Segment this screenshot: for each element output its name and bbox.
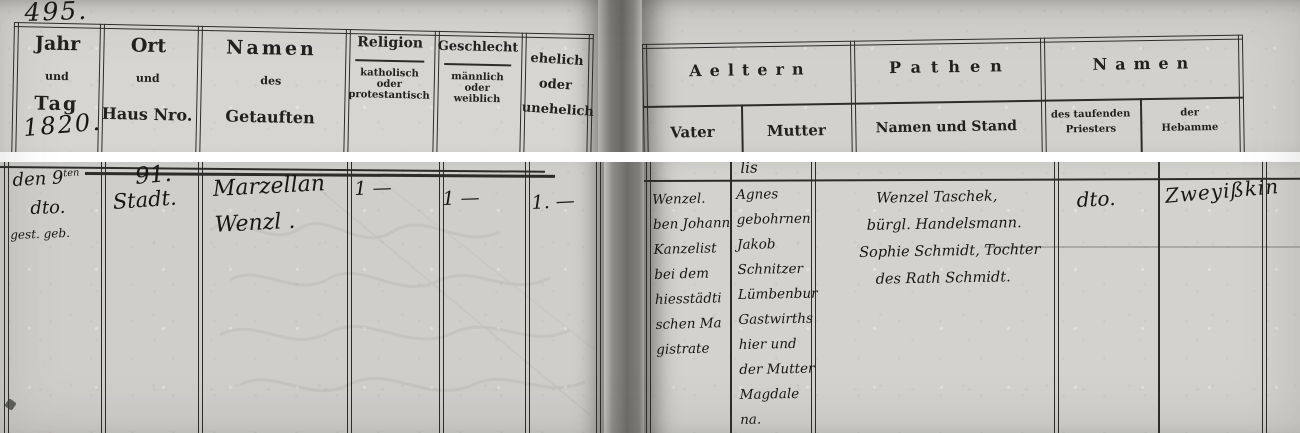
title-lines: des taufendenPriesters: [1041, 106, 1140, 138]
text-line: Lümbenbur: [738, 282, 818, 308]
baptized-name: MarzellanWenzl .: [212, 166, 328, 244]
text-line: Wenzel Taschek,: [876, 183, 1040, 213]
col-title2: Getauften: [198, 106, 342, 128]
col-title: Religion: [347, 34, 432, 52]
text-line: Wenzel.: [652, 186, 730, 213]
text-line: gebohrnen: [736, 207, 816, 233]
text-line: des Rath Schmidt.: [875, 264, 1041, 294]
text-line: weiblich: [435, 93, 518, 106]
text-line: Gastwirths: [738, 307, 818, 333]
ehelich-tick: 1. —: [531, 190, 575, 214]
text-line: ben Johann: [653, 211, 731, 238]
text-line: des taufenden: [1041, 106, 1140, 123]
header-col-priester: des taufendenPriesters: [1040, 36, 1141, 152]
left-page-header: 495. Jahr und Tag 1820. Ort und: [0, 0, 598, 152]
record-cell-house: 91. Stadt.: [106, 162, 194, 433]
title-rule: [444, 63, 511, 66]
text-line: Hebamme: [1140, 120, 1239, 137]
text-line: protestantisch: [346, 89, 431, 102]
col-title: Jahr: [15, 32, 99, 56]
record-cell-mutter: AgnesgebohrnenJakobSchnitzerLümbenburGas…: [736, 162, 812, 433]
col-options: katholischoderprotestantisch: [346, 67, 432, 102]
vater-text: Wenzel.ben JohannKanzelistbei demhiesstä…: [652, 186, 734, 363]
text-line: schen Ma: [655, 311, 733, 338]
col-subtitle: und: [15, 69, 99, 84]
book-spine: [598, 0, 642, 152]
header-col-hebamme: derHebamme: [1139, 35, 1240, 152]
mutter-text: AgnesgebohrnenJakobSchnitzerLümbenburGas…: [736, 182, 820, 433]
header-col-vater: Vater: [642, 42, 742, 152]
date-line2: dto.: [30, 197, 66, 219]
text-line: der Mutter: [739, 357, 819, 383]
header-col-religion: Religion katholischoderprotestantisch: [345, 29, 433, 152]
text-line: Agnes: [736, 182, 816, 208]
text-line: Magdale: [739, 382, 819, 408]
text-line: bei dem: [654, 261, 732, 288]
record-cell-name: MarzellanWenzl .: [212, 162, 352, 433]
right-header-table: Aeltern Vater Mutter Pathen Namen und St…: [642, 35, 1244, 152]
left-page-record: den 9ten dto. gest. geb. 91. Stadt. Marz…: [0, 162, 604, 433]
option-lines: männlichoderweiblich: [435, 71, 519, 106]
col-title2: Haus Nro.: [100, 104, 194, 125]
text-line: Priesters: [1041, 121, 1140, 138]
text-line: ehelich: [524, 45, 589, 74]
header-col-ort: Ort und Haus Nro.: [99, 24, 196, 152]
text-line: Sophie Schmidt, Tochter: [859, 237, 1041, 267]
column-divider: [525, 162, 530, 433]
table-border-right: [596, 162, 601, 433]
col-title: Ort: [101, 34, 195, 58]
record-cell-vater: Wenzel.ben JohannKanzelistbei demhiesstä…: [652, 162, 730, 433]
table-border-left: [646, 162, 651, 433]
text-line: katholisch: [347, 67, 432, 80]
col-title: Vater: [643, 122, 741, 142]
text-line: gistrate: [656, 336, 734, 363]
header-group-pathen: Pathen Namen und Stand: [850, 38, 1042, 152]
date-line3: gest. geb.: [10, 226, 70, 242]
col-title: Mutter: [741, 121, 851, 141]
text-line: Wenzl .: [214, 202, 328, 244]
text-line: Jakob: [737, 232, 817, 258]
right-page-header: Aeltern Vater Mutter Pathen Namen und St…: [642, 0, 1300, 152]
header-col-namen: Namen des Getauften: [197, 26, 344, 152]
book-spine: [604, 162, 644, 433]
text-line: Schnitzer: [737, 257, 817, 283]
date-day: den 9: [12, 167, 64, 191]
table-border-right: [1262, 162, 1267, 433]
text-line: hiesstädti: [655, 286, 733, 313]
right-page-record: lis Wenzel.ben JohannKanzelistbei demhie…: [644, 162, 1300, 433]
religion-tick: 1 —: [354, 177, 392, 200]
text-line: bürgl. Handelsmann.: [866, 210, 1040, 240]
record-cell-hebamme: Zweyißkin: [1158, 162, 1262, 433]
column-divider: [198, 162, 203, 433]
option-lines: katholischoderprotestantisch: [346, 67, 432, 102]
col-title: Namen und Stand: [851, 118, 1041, 137]
col-title: Namen: [199, 36, 343, 61]
left-header-table: Jahr und Tag 1820. Ort und Haus Nro. Nam…: [11, 22, 594, 152]
handwritten-year: 1820.: [22, 108, 103, 142]
header-col-geschlecht: Geschlecht männlichoderweiblich: [434, 31, 520, 152]
vater-lines: Wenzel.ben JohannKanzelistbei demhiesstä…: [652, 186, 734, 363]
title-rule: [355, 59, 424, 62]
col-title: Geschlecht: [436, 39, 519, 56]
col-options: männlichoderweiblich: [435, 71, 519, 106]
text-line: der: [1140, 105, 1239, 122]
col-subtitle: des: [199, 73, 343, 89]
col-title: derHebamme: [1140, 105, 1239, 137]
pathen-lines: Wenzel Taschek,bürgl. Handelsmann.Sophie…: [858, 183, 1041, 294]
group-title: Pathen: [850, 56, 1040, 78]
record-cell-pathen: Wenzel Taschek,bürgl. Handelsmann.Sophie…: [858, 162, 1054, 433]
record-cell-priester: dto.: [1054, 162, 1158, 433]
col-options: ehelichoderunehelich: [521, 45, 590, 124]
date-line1: den 9ten: [12, 166, 80, 190]
table-border-left: [4, 162, 9, 433]
col-subtitle: und: [101, 71, 195, 86]
header-col-mutter: Mutter: [740, 41, 852, 152]
header-strip: 495. Jahr und Tag 1820. Ort und: [0, 0, 1300, 152]
header-col-ehelich: ehelichoderunehelich: [518, 31, 590, 152]
parish-register-scan: 495. Jahr und Tag 1820. Ort und: [0, 0, 1300, 433]
text-line: unehelich: [521, 95, 586, 124]
pathen-text: Wenzel Taschek,bürgl. Handelsmann.Sophie…: [858, 183, 1041, 294]
priester-text: dto.: [1076, 186, 1116, 212]
text-line: na.: [740, 407, 820, 433]
option-lines: ehelichoderunehelich: [521, 45, 590, 124]
title-lines: derHebamme: [1140, 105, 1239, 137]
house-place: Stadt.: [112, 186, 177, 214]
photo-stitch-gap: [0, 152, 1300, 162]
date-suffix: ten: [63, 167, 80, 179]
text-line: Kanzelist: [653, 236, 731, 263]
col-title: des taufendenPriesters: [1041, 106, 1140, 138]
record-strip: den 9ten dto. gest. geb. 91. Stadt. Marz…: [0, 162, 1300, 433]
name-lines: MarzellanWenzl .: [212, 166, 328, 244]
geschlecht-tick: 1 —: [442, 187, 480, 210]
text-line: Marzellan: [212, 166, 326, 208]
record-cell-date: den 9ten dto. gest. geb.: [10, 162, 100, 433]
mutter-lines: AgnesgebohrnenJakobSchnitzerLümbenburGas…: [736, 182, 820, 433]
text-line: hier und: [739, 332, 819, 358]
header-col-jahr: Jahr und Tag 1820.: [13, 22, 100, 152]
